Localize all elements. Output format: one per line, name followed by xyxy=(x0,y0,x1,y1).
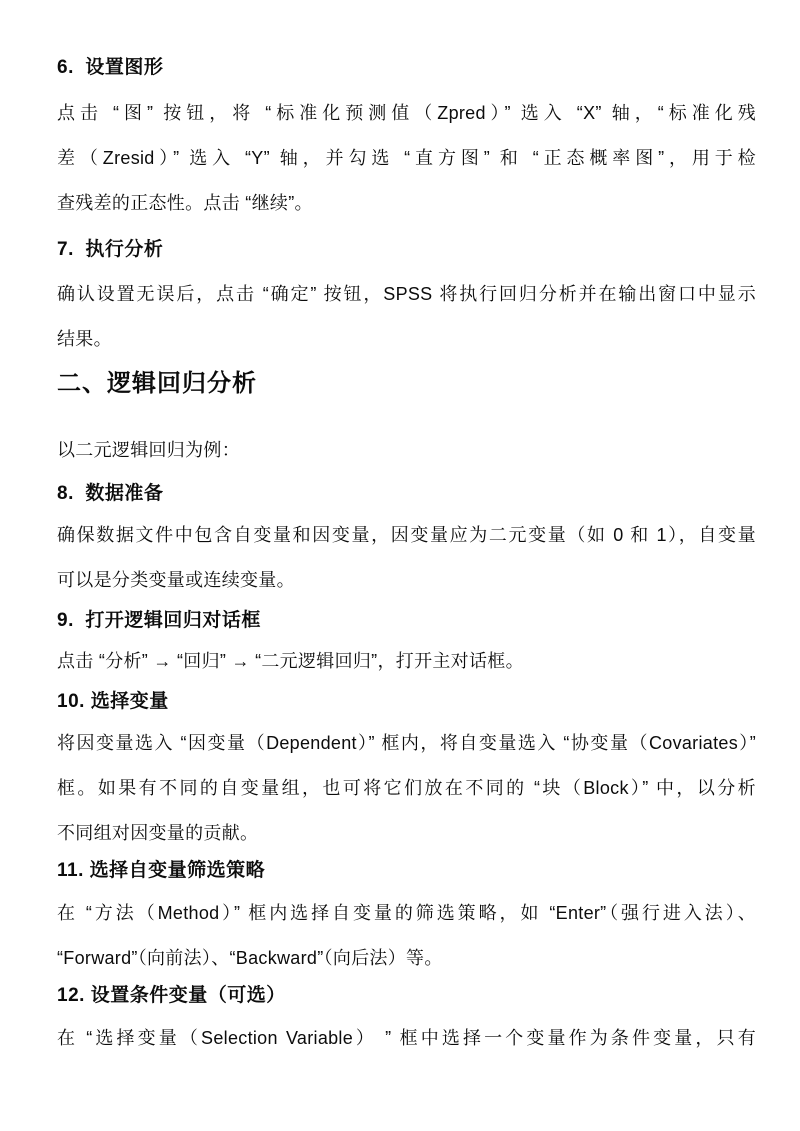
paragraph-line: 框。如果有不同的自变量组，也可将它们放在不同的 “块（Block）” 中，以分析 xyxy=(57,766,756,811)
paragraph-line: 结果。 xyxy=(57,317,756,362)
paragraph-line: 点击 “分析” → “回归” → “二元逻辑回归”，打开主对话框。 xyxy=(57,639,756,684)
step-heading-12: 12. 设置条件变量（可选） xyxy=(57,973,756,1018)
paragraph-line: 差（Zresid）” 选入 “Y” 轴，并勾选 “直方图” 和 “正态概率图”，… xyxy=(57,136,756,181)
paragraph-line: 在 “方法（Method）” 框内选择自变量的筛选策略，如 “Enter”（强行… xyxy=(57,891,756,936)
document-content: 6. 设置图形 点击 “图” 按钮，将 “标准化预测值（Zpred）” 选入 “… xyxy=(57,0,756,1131)
paragraph-step-11: 在 “方法（Method）” 框内选择自变量的筛选策略，如 “Enter”（强行… xyxy=(57,891,756,981)
paragraph-line: 点击 “图” 按钮，将 “标准化预测值（Zpred）” 选入 “X” 轴，“标准… xyxy=(57,91,756,136)
paragraph-step-7: 确认设置无误后，点击 “确定” 按钮，SPSS 将执行回归分析并在输出窗口中显示… xyxy=(57,272,756,362)
paragraph-line: 在 “选择变量（Selection Variable） ” 框中选择一个变量作为… xyxy=(57,1016,756,1061)
paragraph-step-10: 将因变量选入 “因变量（Dependent）” 框内，将自变量选入 “协变量（C… xyxy=(57,721,756,856)
paragraph-line: 将因变量选入 “因变量（Dependent）” 框内，将自变量选入 “协变量（C… xyxy=(57,721,756,766)
paragraph-line: 查残差的正态性。点击 “继续”。 xyxy=(57,181,756,226)
paragraph-step-9: 点击 “分析” → “回归” → “二元逻辑回归”，打开主对话框。 xyxy=(57,639,756,684)
paragraph-line: 确认设置无误后，点击 “确定” 按钮，SPSS 将执行回归分析并在输出窗口中显示 xyxy=(57,272,756,317)
step-heading-8: 8. 数据准备 xyxy=(57,471,756,516)
paragraph-intro: 以二元逻辑回归为例： xyxy=(57,428,756,473)
section-heading-logistic-regression: 二、逻辑回归分析 xyxy=(57,361,756,406)
paragraph-step-12: 在 “选择变量（Selection Variable） ” 框中选择一个变量作为… xyxy=(57,1016,756,1061)
paragraph-step-8: 确保数据文件中包含自变量和因变量，因变量应为二元变量（如 0 和 1），自变量 … xyxy=(57,513,756,603)
step-heading-11: 11. 选择自变量筛选策略 xyxy=(57,848,756,893)
step-heading-7: 7. 执行分析 xyxy=(57,227,756,272)
step-heading-9: 9. 打开逻辑回归对话框 xyxy=(57,598,756,643)
paragraph-line: 确保数据文件中包含自变量和因变量，因变量应为二元变量（如 0 和 1），自变量 xyxy=(57,513,756,558)
paragraph-step-6: 点击 “图” 按钮，将 “标准化预测值（Zpred）” 选入 “X” 轴，“标准… xyxy=(57,91,756,226)
step-heading-6: 6. 设置图形 xyxy=(57,45,756,90)
step-heading-10: 10. 选择变量 xyxy=(57,679,756,724)
paragraph-line: 以二元逻辑回归为例： xyxy=(57,428,756,473)
document-page: 6. 设置图形 点击 “图” 按钮，将 “标准化预测值（Zpred）” 选入 “… xyxy=(0,0,800,1131)
paragraph-line: 可以是分类变量或连续变量。 xyxy=(57,558,756,603)
